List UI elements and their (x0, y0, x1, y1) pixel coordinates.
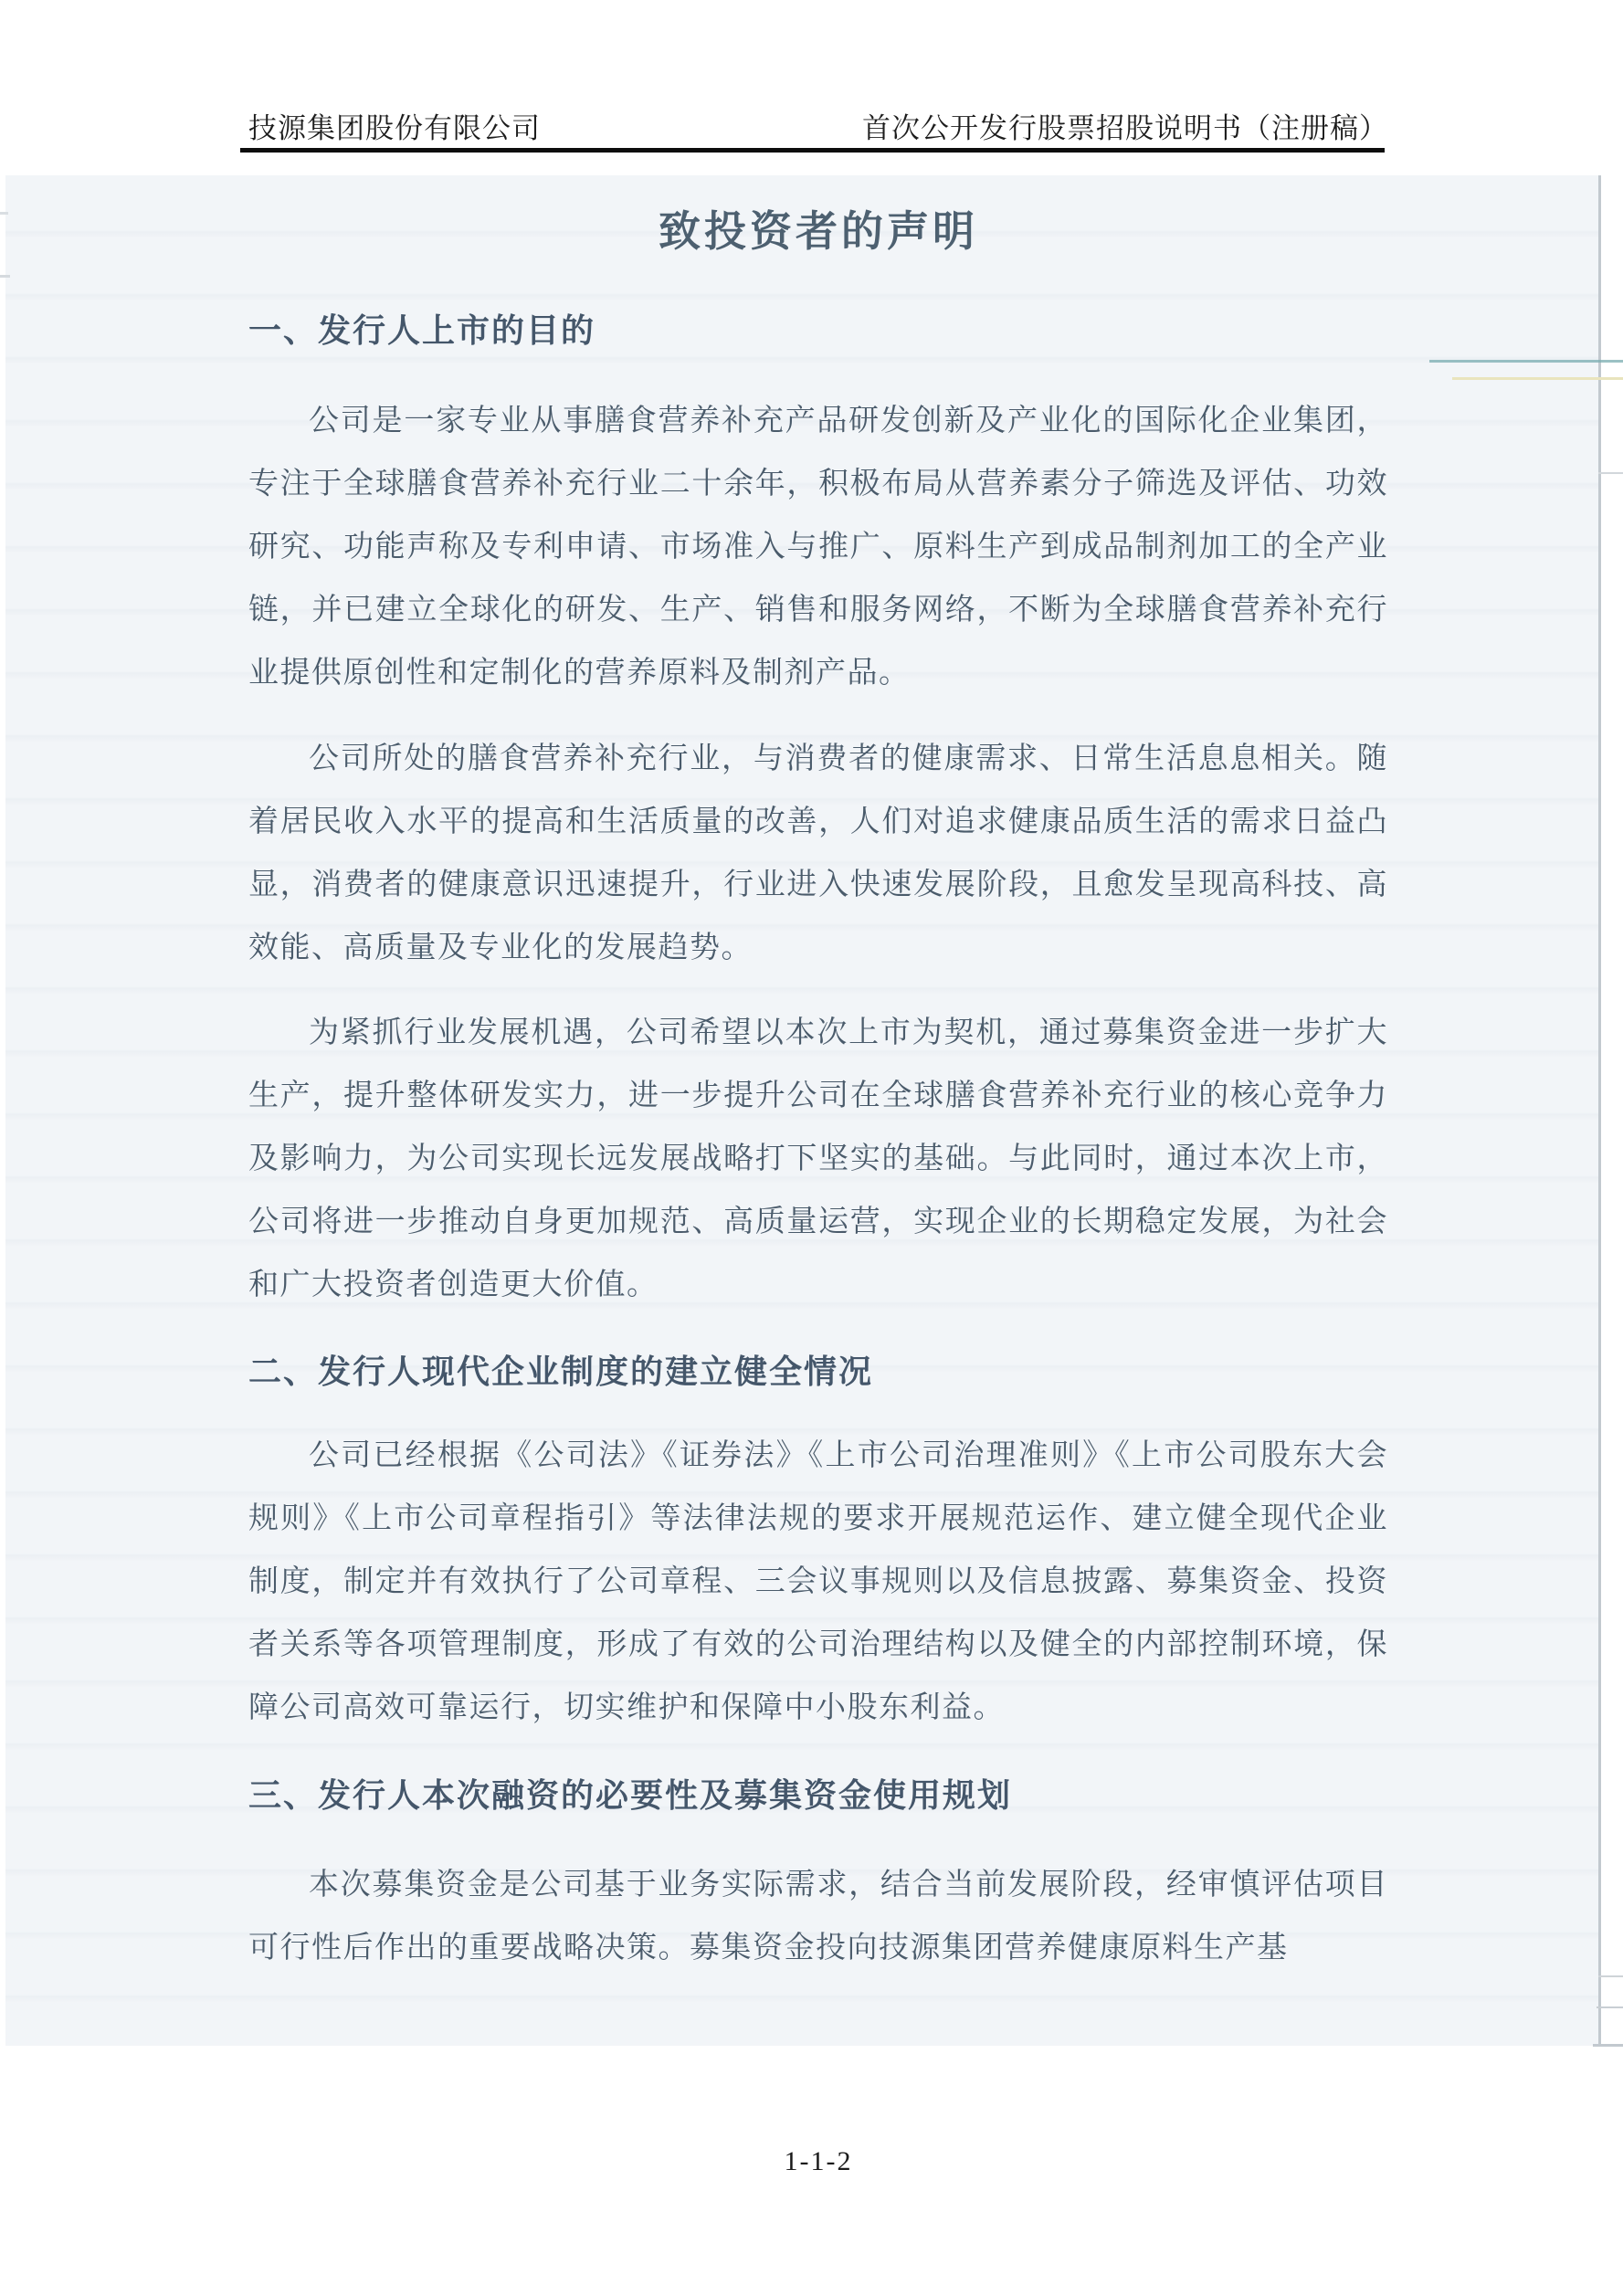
header-company-name: 技源集团股份有限公司 (248, 113, 541, 144)
section-1-heading: 一、发行人上市的目的 (248, 310, 1388, 353)
section-2-heading: 二、发行人现代企业制度的建立健全情况 (248, 1351, 1388, 1395)
page-header: 技源集团股份有限公司 首次公开发行股票招股说明书（注册稿） (248, 113, 1388, 144)
scan-artifact-teal-line (1429, 360, 1623, 363)
section-2-paragraph-1: 公司已经根据《公司法》《证券法》《上市公司治理准则》《上市公司股东大会规则》《上… (248, 1423, 1388, 1738)
page-number: 1-1-2 (248, 2146, 1388, 2177)
header-rule (240, 148, 1385, 153)
page-title: 致投资者的声明 (248, 205, 1388, 257)
scan-artifact-tick (1598, 1975, 1623, 1977)
section-3-heading: 三、发行人本次融资的必要性及募集资金使用规划 (248, 1775, 1388, 1818)
section-1-paragraph-2: 公司所处的膳食营养补充行业，与消费者的健康需求、日常生活息息相关。随着居民收入水… (248, 726, 1388, 978)
scan-artifact-tick (1598, 472, 1623, 474)
section-1-paragraph-3: 为紧抓行业发展机遇，公司希望以本次上市为契机，通过募集资金进一步扩大生产，提升整… (248, 1000, 1388, 1315)
scan-artifact-yellow-line (1452, 377, 1623, 380)
scan-artifact-tick (1597, 2006, 1623, 2008)
document-page: 技源集团股份有限公司 首次公开发行股票招股说明书（注册稿） 致投资者的声明 一、… (0, 0, 1623, 2296)
section-1-paragraph-1: 公司是一家专业从事膳食营养补充产品研发创新及产业化的国际化企业集团，专注于全球膳… (248, 388, 1388, 703)
section-3-paragraph-1: 本次募集资金是公司基于业务实际需求，结合当前发展阶段，经审慎评估项目可行性后作出… (248, 1852, 1388, 1978)
document-body: 致投资者的声明 一、发行人上市的目的 公司是一家专业从事膳食营养补充产品研发创新… (248, 205, 1388, 1978)
scan-artifact-smudge (0, 275, 10, 278)
header-doc-title: 首次公开发行股票招股说明书（注册稿） (862, 113, 1388, 144)
scan-artifact-tick (1593, 2044, 1623, 2047)
scan-artifact-smudge (0, 212, 8, 215)
